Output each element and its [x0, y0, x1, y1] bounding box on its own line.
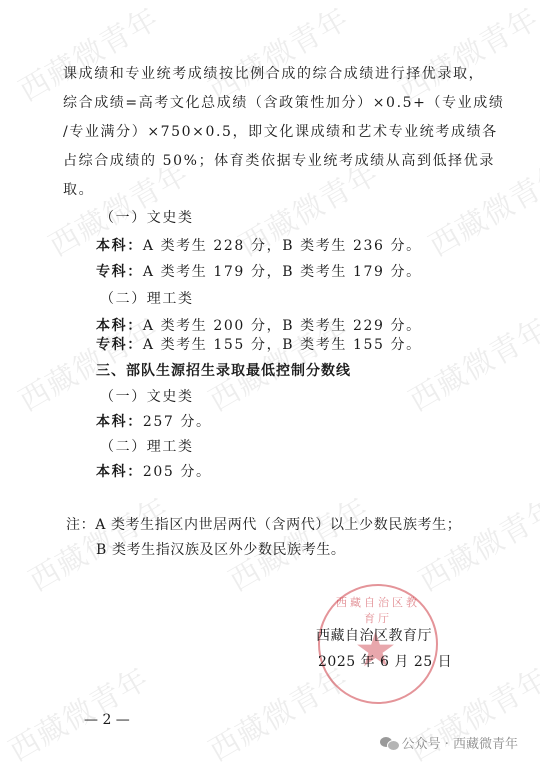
score-text: A 类考生 200 分，B 类考生 229 分。	[143, 318, 422, 334]
score-row: 专科：A 类考生 179 分，B 类考生 179 分。	[96, 262, 422, 282]
score-label: 专科：	[96, 264, 143, 280]
account-label: 公众号 · 西藏微青年	[402, 733, 518, 752]
score-row: 本科：205 分。	[96, 462, 212, 482]
subheading-ligong: （二）理工类	[100, 289, 194, 309]
signature-org: 西藏自治区教育厅	[316, 625, 432, 645]
score-text: A 类考生 155 分，B 类考生 155 分。	[143, 337, 422, 353]
score-label: 专科：	[96, 337, 143, 353]
subheading-wenshi: （一）文史类	[100, 208, 194, 228]
signature-date: 2025 年 6 月 25 日	[318, 651, 452, 671]
score-label: 本科：	[96, 414, 143, 430]
wechat-account-footer: 公众号 · 西藏微青年	[380, 733, 518, 752]
score-label: 本科：	[96, 318, 143, 334]
subheading-ligong: （二）理工类	[100, 437, 194, 457]
paragraph-line: 综合成绩=高考文化总成绩（含政策性加分）×0.5+（专业成绩	[63, 93, 504, 113]
section-heading: 三、部队生源招生录取最低控制分数线	[96, 361, 351, 381]
score-label: 本科：	[96, 238, 143, 254]
score-text: 205 分。	[143, 464, 212, 480]
note-line: B 类考生指汉族及区外少数民族考生。	[96, 540, 346, 560]
score-text: 257 分。	[143, 414, 212, 430]
document-page: 课成绩和专业统考成绩按比例合成的综合成绩进行择优录取， 综合成绩=高考文化总成绩…	[0, 0, 540, 763]
subheading-wenshi: （一）文史类	[100, 387, 194, 407]
score-label: 本科：	[96, 464, 143, 480]
paragraph-line: /专业满分）×750×0.5，即文化课成绩和艺术专业统考成绩各	[63, 122, 498, 142]
paragraph-line: 课成绩和专业统考成绩按比例合成的综合成绩进行择优录取，	[63, 64, 484, 84]
wechat-icon	[380, 736, 398, 750]
score-row: 专科：A 类考生 155 分，B 类考生 155 分。	[96, 335, 422, 355]
score-text: A 类考生 228 分，B 类考生 236 分。	[143, 238, 422, 254]
score-row: 本科：A 类考生 200 分，B 类考生 229 分。	[96, 316, 422, 336]
score-row: 本科：A 类考生 228 分，B 类考生 236 分。	[96, 236, 422, 256]
note-line: 注：A 类考生指区内世居两代（含两代）以上少数民族考生；	[66, 515, 461, 535]
page-number: — 2 —	[84, 712, 130, 728]
score-row: 本科：257 分。	[96, 412, 212, 432]
paragraph-line: 占综合成绩的 50%；体育类依据专业统考成绩从高到低择优录	[63, 151, 495, 171]
paragraph-line: 取。	[63, 180, 94, 200]
score-text: A 类考生 179 分，B 类考生 179 分。	[143, 264, 422, 280]
